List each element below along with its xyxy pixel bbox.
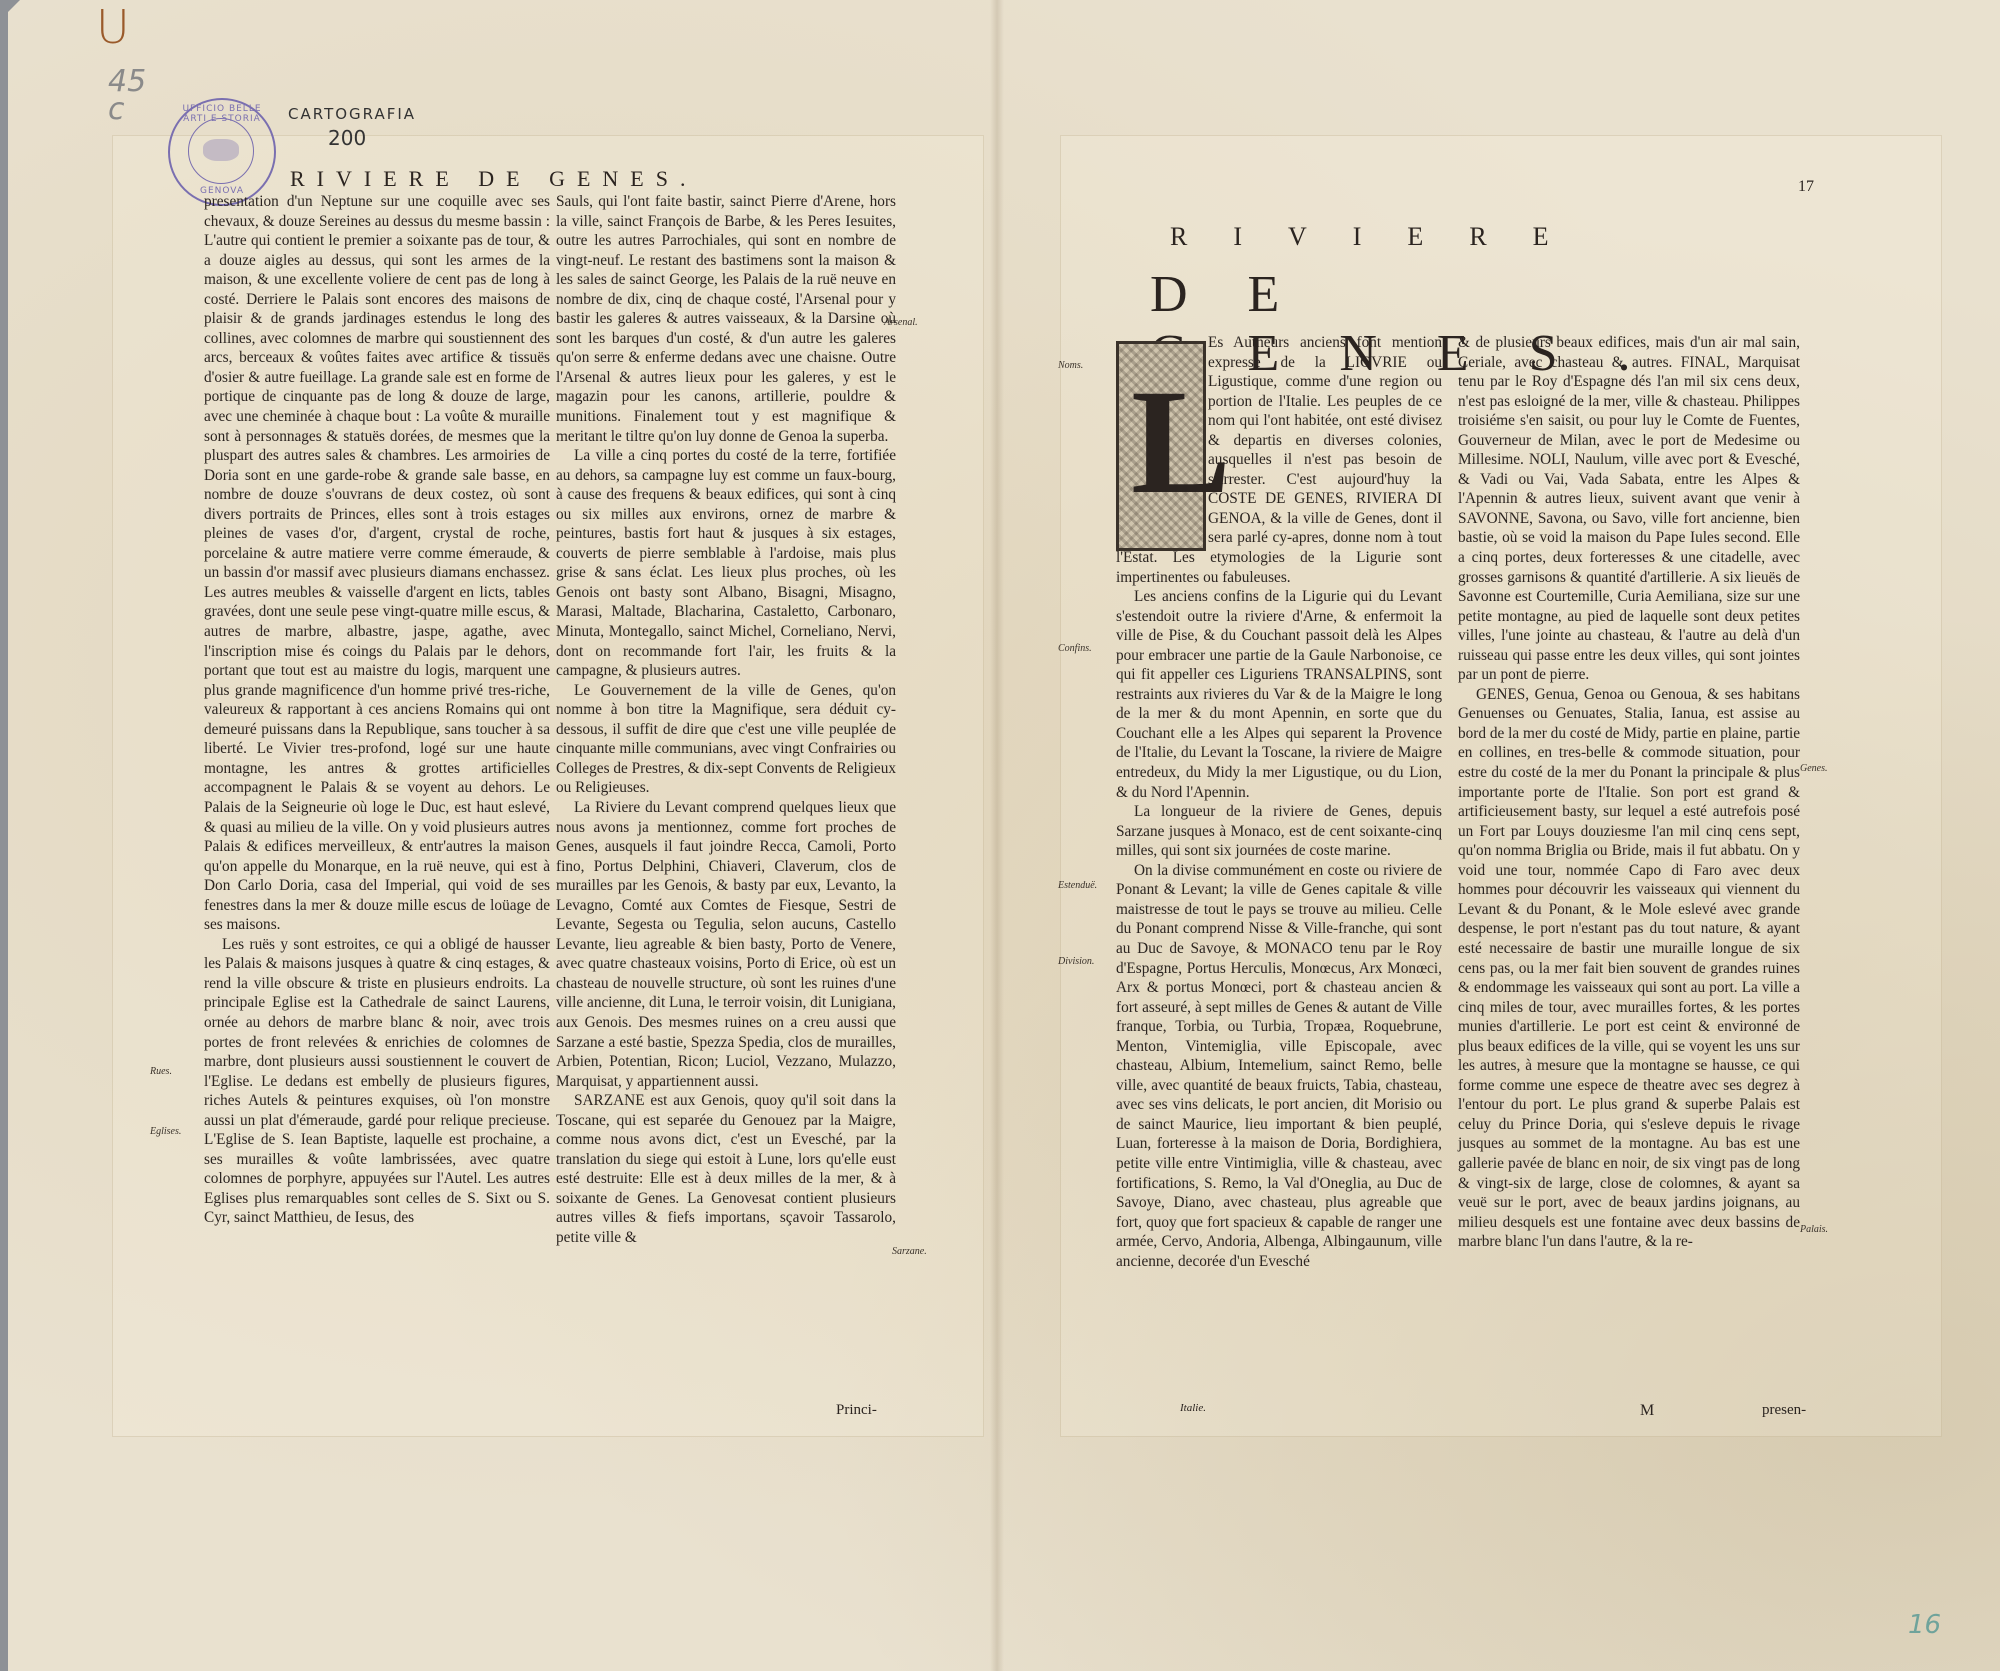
pencil-page-number: 16 bbox=[1908, 1610, 1941, 1640]
handwritten-label: CARTOGRAFIA bbox=[288, 105, 416, 123]
paragraph: Les ruës y sont estroites, ce qui a obli… bbox=[204, 935, 550, 1228]
signature-mark: M bbox=[1640, 1402, 1654, 1420]
margin-note: Palais. bbox=[1800, 1224, 1828, 1235]
paragraph: presentation d'un Neptune sur une coquil… bbox=[204, 192, 550, 935]
pencil-number: 45 c bbox=[108, 68, 146, 124]
page-number: 17 bbox=[1798, 178, 1814, 196]
page-title-line-1: RIVIERE bbox=[1170, 222, 1770, 252]
archive-stamp: UFFICIO BELLE ARTI E STORIA GENOVA bbox=[168, 98, 276, 206]
right-page-column-1: Es Autheurs anciens font mention express… bbox=[1116, 333, 1442, 1271]
margin-note: Rues. bbox=[150, 1066, 172, 1077]
handwritten-number: 200 bbox=[328, 126, 366, 150]
margin-note: Estenduë. bbox=[1058, 880, 1097, 891]
paragraph: La Riviere du Levant comprend quelques l… bbox=[556, 798, 896, 1091]
paragraph: SARZANE est aux Genois, quoy qu'il soit … bbox=[556, 1091, 896, 1247]
paragraph: Le Gouvernement de la ville de Genes, qu… bbox=[556, 681, 896, 798]
margin-note: Sarzane. bbox=[892, 1246, 927, 1257]
paragraph: & de plusieurs beaux edifices, mais d'un… bbox=[1458, 333, 1800, 685]
paragraph: Sauls, qui l'ont faite bastir, sainct Pi… bbox=[556, 192, 896, 446]
eagle-icon bbox=[203, 139, 239, 161]
margin-note: Confins. bbox=[1058, 643, 1092, 654]
paragraph: On la divise communément en coste ou riv… bbox=[1116, 861, 1442, 1271]
ink-mark: U bbox=[96, 0, 130, 54]
running-head: RIVIERE DE GENES. bbox=[290, 166, 697, 192]
left-page-column-1: presentation d'un Neptune sur une coquil… bbox=[204, 192, 550, 1228]
right-page-column-2: & de plusieurs beaux edifices, mais d'un… bbox=[1458, 333, 1800, 1252]
margin-note: Division. bbox=[1058, 956, 1094, 967]
stamp-emblem bbox=[188, 118, 254, 184]
catchword: presen- bbox=[1762, 1402, 1806, 1419]
margin-note: Arsenal. bbox=[884, 317, 918, 328]
margin-note: Noms. bbox=[1058, 360, 1083, 371]
paragraph: Les anciens confins de la Ligurie qui du… bbox=[1116, 587, 1442, 802]
margin-note: Genes. bbox=[1800, 763, 1828, 774]
left-page-column-2: Sauls, qui l'ont faite bastir, sainct Pi… bbox=[556, 192, 896, 1248]
paragraph: La ville a cinq portes du costé de la te… bbox=[556, 446, 896, 681]
catchword: Princi- bbox=[836, 1402, 877, 1419]
center-fold bbox=[990, 0, 1004, 1671]
paragraph: La longueur de la riviere de Genes, depu… bbox=[1116, 802, 1442, 861]
paragraph: GENES, Genua, Genoa ou Genoua, & ses hab… bbox=[1458, 685, 1800, 1252]
margin-note: Eglises. bbox=[150, 1126, 181, 1137]
footnote: Italie. bbox=[1180, 1402, 1206, 1414]
